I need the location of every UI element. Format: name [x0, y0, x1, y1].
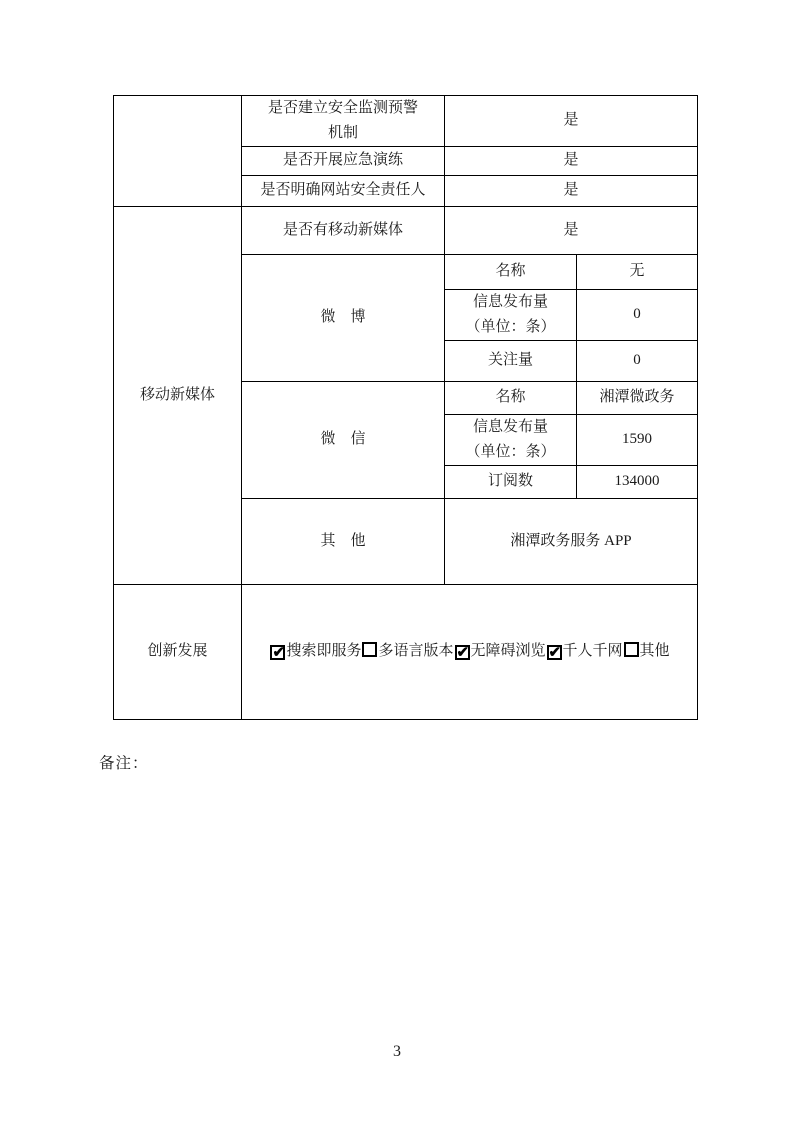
innovation-option-label: 其他	[640, 643, 670, 659]
other-media-label: 其 他	[242, 498, 445, 584]
emergency-drill-label: 是否开展应急演练	[242, 146, 445, 175]
weibo-label: 微 博	[242, 254, 445, 381]
weibo-name-key: 名称	[445, 254, 577, 289]
weibo-posts-key: 信息发布量 （单位：条）	[445, 289, 577, 340]
security-owner-value: 是	[445, 175, 698, 206]
wechat-label: 微 信	[242, 381, 445, 498]
innovation-option[interactable]: 其他	[623, 639, 670, 664]
wechat-posts-value: 1590	[577, 414, 698, 465]
checkbox-checked-icon[interactable]: ✔	[270, 645, 285, 660]
has-mobile-media-value: 是	[445, 206, 698, 254]
weibo-followers-key: 关注量	[445, 340, 577, 381]
innovation-option-label: 多语言版本	[378, 643, 453, 659]
innovation-option-label: 无障碍浏览	[471, 643, 546, 659]
has-mobile-media-label: 是否有移动新媒体	[242, 206, 445, 254]
document-page: 是否建立安全监测预警 机制 是 是否开展应急演练 是 是否明确网站安全责任人 是…	[0, 0, 794, 1123]
wechat-name-value: 湘潭微政务	[577, 381, 698, 414]
checkbox-unchecked-icon[interactable]	[624, 642, 639, 657]
weibo-posts-value: 0	[577, 289, 698, 340]
checkbox-unchecked-icon[interactable]	[362, 642, 377, 657]
report-table: 是否建立安全监测预警 机制 是 是否开展应急演练 是 是否明确网站安全责任人 是…	[113, 95, 698, 720]
innovation-option-label: 搜索即服务	[286, 643, 361, 659]
security-monitor-label: 是否建立安全监测预警 机制	[242, 96, 445, 147]
wechat-subscribers-key: 订阅数	[445, 465, 577, 498]
remark-label: 备注：	[99, 751, 149, 773]
emergency-drill-value: 是	[445, 146, 698, 175]
page-number: 3	[0, 1043, 794, 1061]
other-media-value: 湘潭政务服务 APP	[445, 498, 698, 584]
innovation-options: ✔搜索即服务多语言版本✔无障碍浏览✔千人千网其他	[269, 643, 669, 659]
innovation-option[interactable]: ✔搜索即服务	[269, 639, 361, 664]
innovation-cell: ✔搜索即服务多语言版本✔无障碍浏览✔千人千网其他	[242, 584, 698, 719]
innovation-option-label: 千人千网	[563, 643, 623, 659]
table-row: 移动新媒体 是否有移动新媒体 是	[114, 206, 698, 254]
section-header-innovation: 创新发展	[114, 584, 242, 719]
security-monitor-value: 是	[445, 96, 698, 147]
weibo-followers-value: 0	[577, 340, 698, 381]
table-row: 是否建立安全监测预警 机制 是	[114, 96, 698, 147]
weibo-name-value: 无	[577, 254, 698, 289]
wechat-posts-key: 信息发布量 （单位：条）	[445, 414, 577, 465]
checkbox-checked-icon[interactable]: ✔	[455, 645, 470, 660]
innovation-option[interactable]: 多语言版本	[361, 639, 453, 664]
section-cell-empty	[114, 96, 242, 207]
wechat-name-key: 名称	[445, 381, 577, 414]
table-row: 创新发展 ✔搜索即服务多语言版本✔无障碍浏览✔千人千网其他	[114, 584, 698, 719]
security-owner-label: 是否明确网站安全责任人	[242, 175, 445, 206]
checkbox-checked-icon[interactable]: ✔	[547, 645, 562, 660]
wechat-subscribers-value: 134000	[577, 465, 698, 498]
section-header-mobile-media: 移动新媒体	[114, 206, 242, 584]
innovation-option[interactable]: ✔千人千网	[546, 639, 623, 664]
innovation-option[interactable]: ✔无障碍浏览	[454, 639, 546, 664]
